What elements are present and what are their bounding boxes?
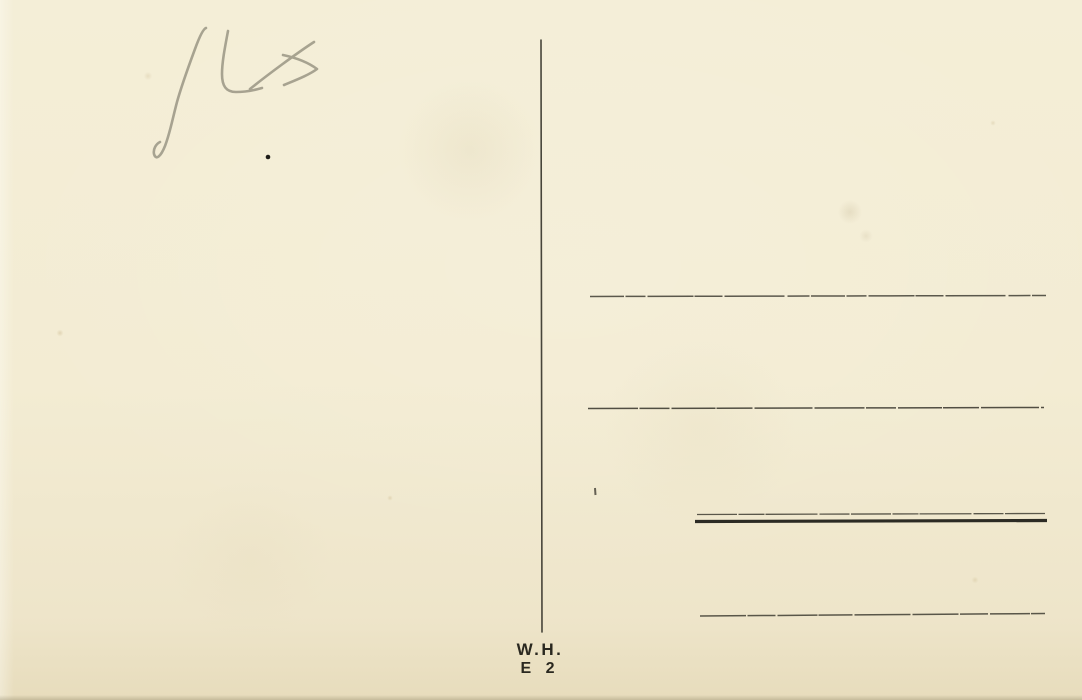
publisher-imprint: W.H. E 2 xyxy=(470,641,610,678)
tick-mark xyxy=(595,488,596,495)
pencil-scribble xyxy=(154,28,317,157)
address-line-3-thin xyxy=(697,514,1046,515)
postcard-back: W.H. E 2 xyxy=(0,0,1082,700)
address-line-3-thick xyxy=(695,521,1047,522)
series-code: E 2 xyxy=(470,661,610,678)
divider-line xyxy=(541,40,542,632)
address-line-1 xyxy=(590,296,1046,297)
ink-dot xyxy=(266,155,271,160)
publisher-initials: W.H. xyxy=(470,641,610,659)
address-line-2 xyxy=(588,408,1044,409)
printed-rules-layer xyxy=(0,0,1082,700)
address-line-4 xyxy=(700,614,1045,617)
